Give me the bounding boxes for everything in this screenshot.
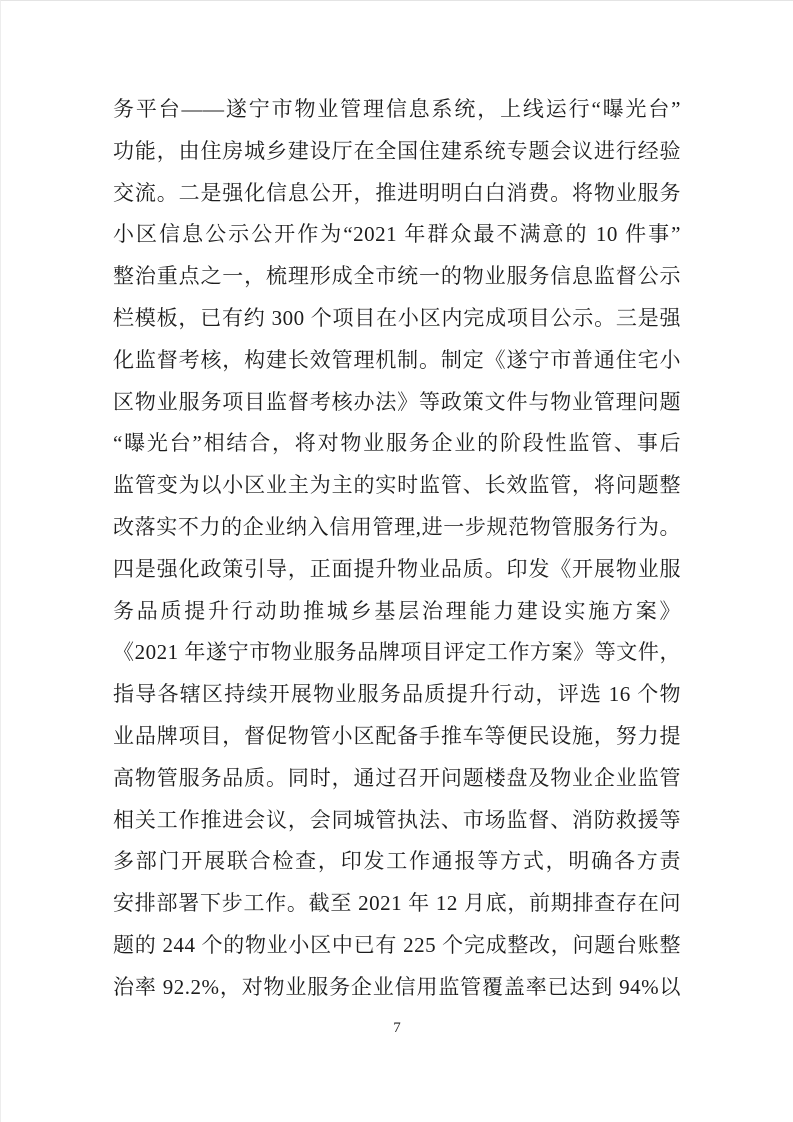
text-line: 指导各辖区持续开展物业服务品质提升行动，评选 16 个物	[113, 674, 681, 716]
text-line: 高物管服务品质。同时，通过召开问题楼盘及物业企业监管	[113, 758, 681, 800]
text-line: 治率 92.2%，对物业服务企业信用监管覆盖率已达到 94%以	[113, 967, 681, 1009]
text-line: 化监督考核，构建长效管理机制。制定《遂宁市普通住宅小	[113, 340, 681, 382]
text-line: 栏模板，已有约 300 个项目在小区内完成项目公示。三是强	[113, 298, 681, 340]
text-line: 相关工作推进会议，会同城管执法、市场监督、消防救援等	[113, 800, 681, 842]
text-line: 四是强化政策引导，正面提升物业品质。印发《开展物业服	[113, 549, 681, 591]
text-line: 安排部署下步工作。截至 2021 年 12 月底，前期排查存在问	[113, 883, 681, 925]
text-line: 监管变为以小区业主为主的实时监管、长效监管，将问题整	[113, 465, 681, 507]
text-line: 务平台——遂宁市物业管理信息系统，上线运行“曝光台”	[113, 89, 681, 131]
text-line: 业品牌项目，督促物管小区配备手推车等便民设施，努力提	[113, 716, 681, 758]
document-page: 务平台——遂宁市物业管理信息系统，上线运行“曝光台” 功能，由住房城乡建设厅在全…	[0, 0, 793, 1122]
page-number: 7	[393, 1020, 401, 1036]
page-footer: 7	[1, 1019, 793, 1037]
text-line: “曝光台”相结合，将对物业服务企业的阶段性监管、事后	[113, 423, 681, 465]
text-line: 题的 244 个的物业小区中已有 225 个完成整改，问题台账整	[113, 925, 681, 967]
text-line: 交流。二是强化信息公开，推进明明白白消费。将物业服务	[113, 173, 681, 215]
text-line: 《2021 年遂宁市物业服务品牌项目评定工作方案》等文件，	[113, 632, 681, 674]
text-line: 改落实不力的企业纳入信用管理,进一步规范物管服务行为。	[113, 507, 681, 549]
text-line: 功能，由住房城乡建设厅在全国住建系统专题会议进行经验	[113, 131, 681, 173]
text-line: 区物业服务项目监督考核办法》等政策文件与物业管理问题	[113, 382, 681, 424]
document-body-text: 务平台——遂宁市物业管理信息系统，上线运行“曝光台” 功能，由住房城乡建设厅在全…	[113, 89, 681, 1009]
text-line: 整治重点之一，梳理形成全市统一的物业服务信息监督公示	[113, 256, 681, 298]
text-line: 小区信息公示公开作为“2021 年群众最不满意的 10 件事”	[113, 214, 681, 256]
text-line: 务品质提升行动助推城乡基层治理能力建设实施方案》	[113, 591, 681, 633]
text-line: 多部门开展联合检查，印发工作通报等方式，明确各方责任，	[113, 841, 681, 883]
